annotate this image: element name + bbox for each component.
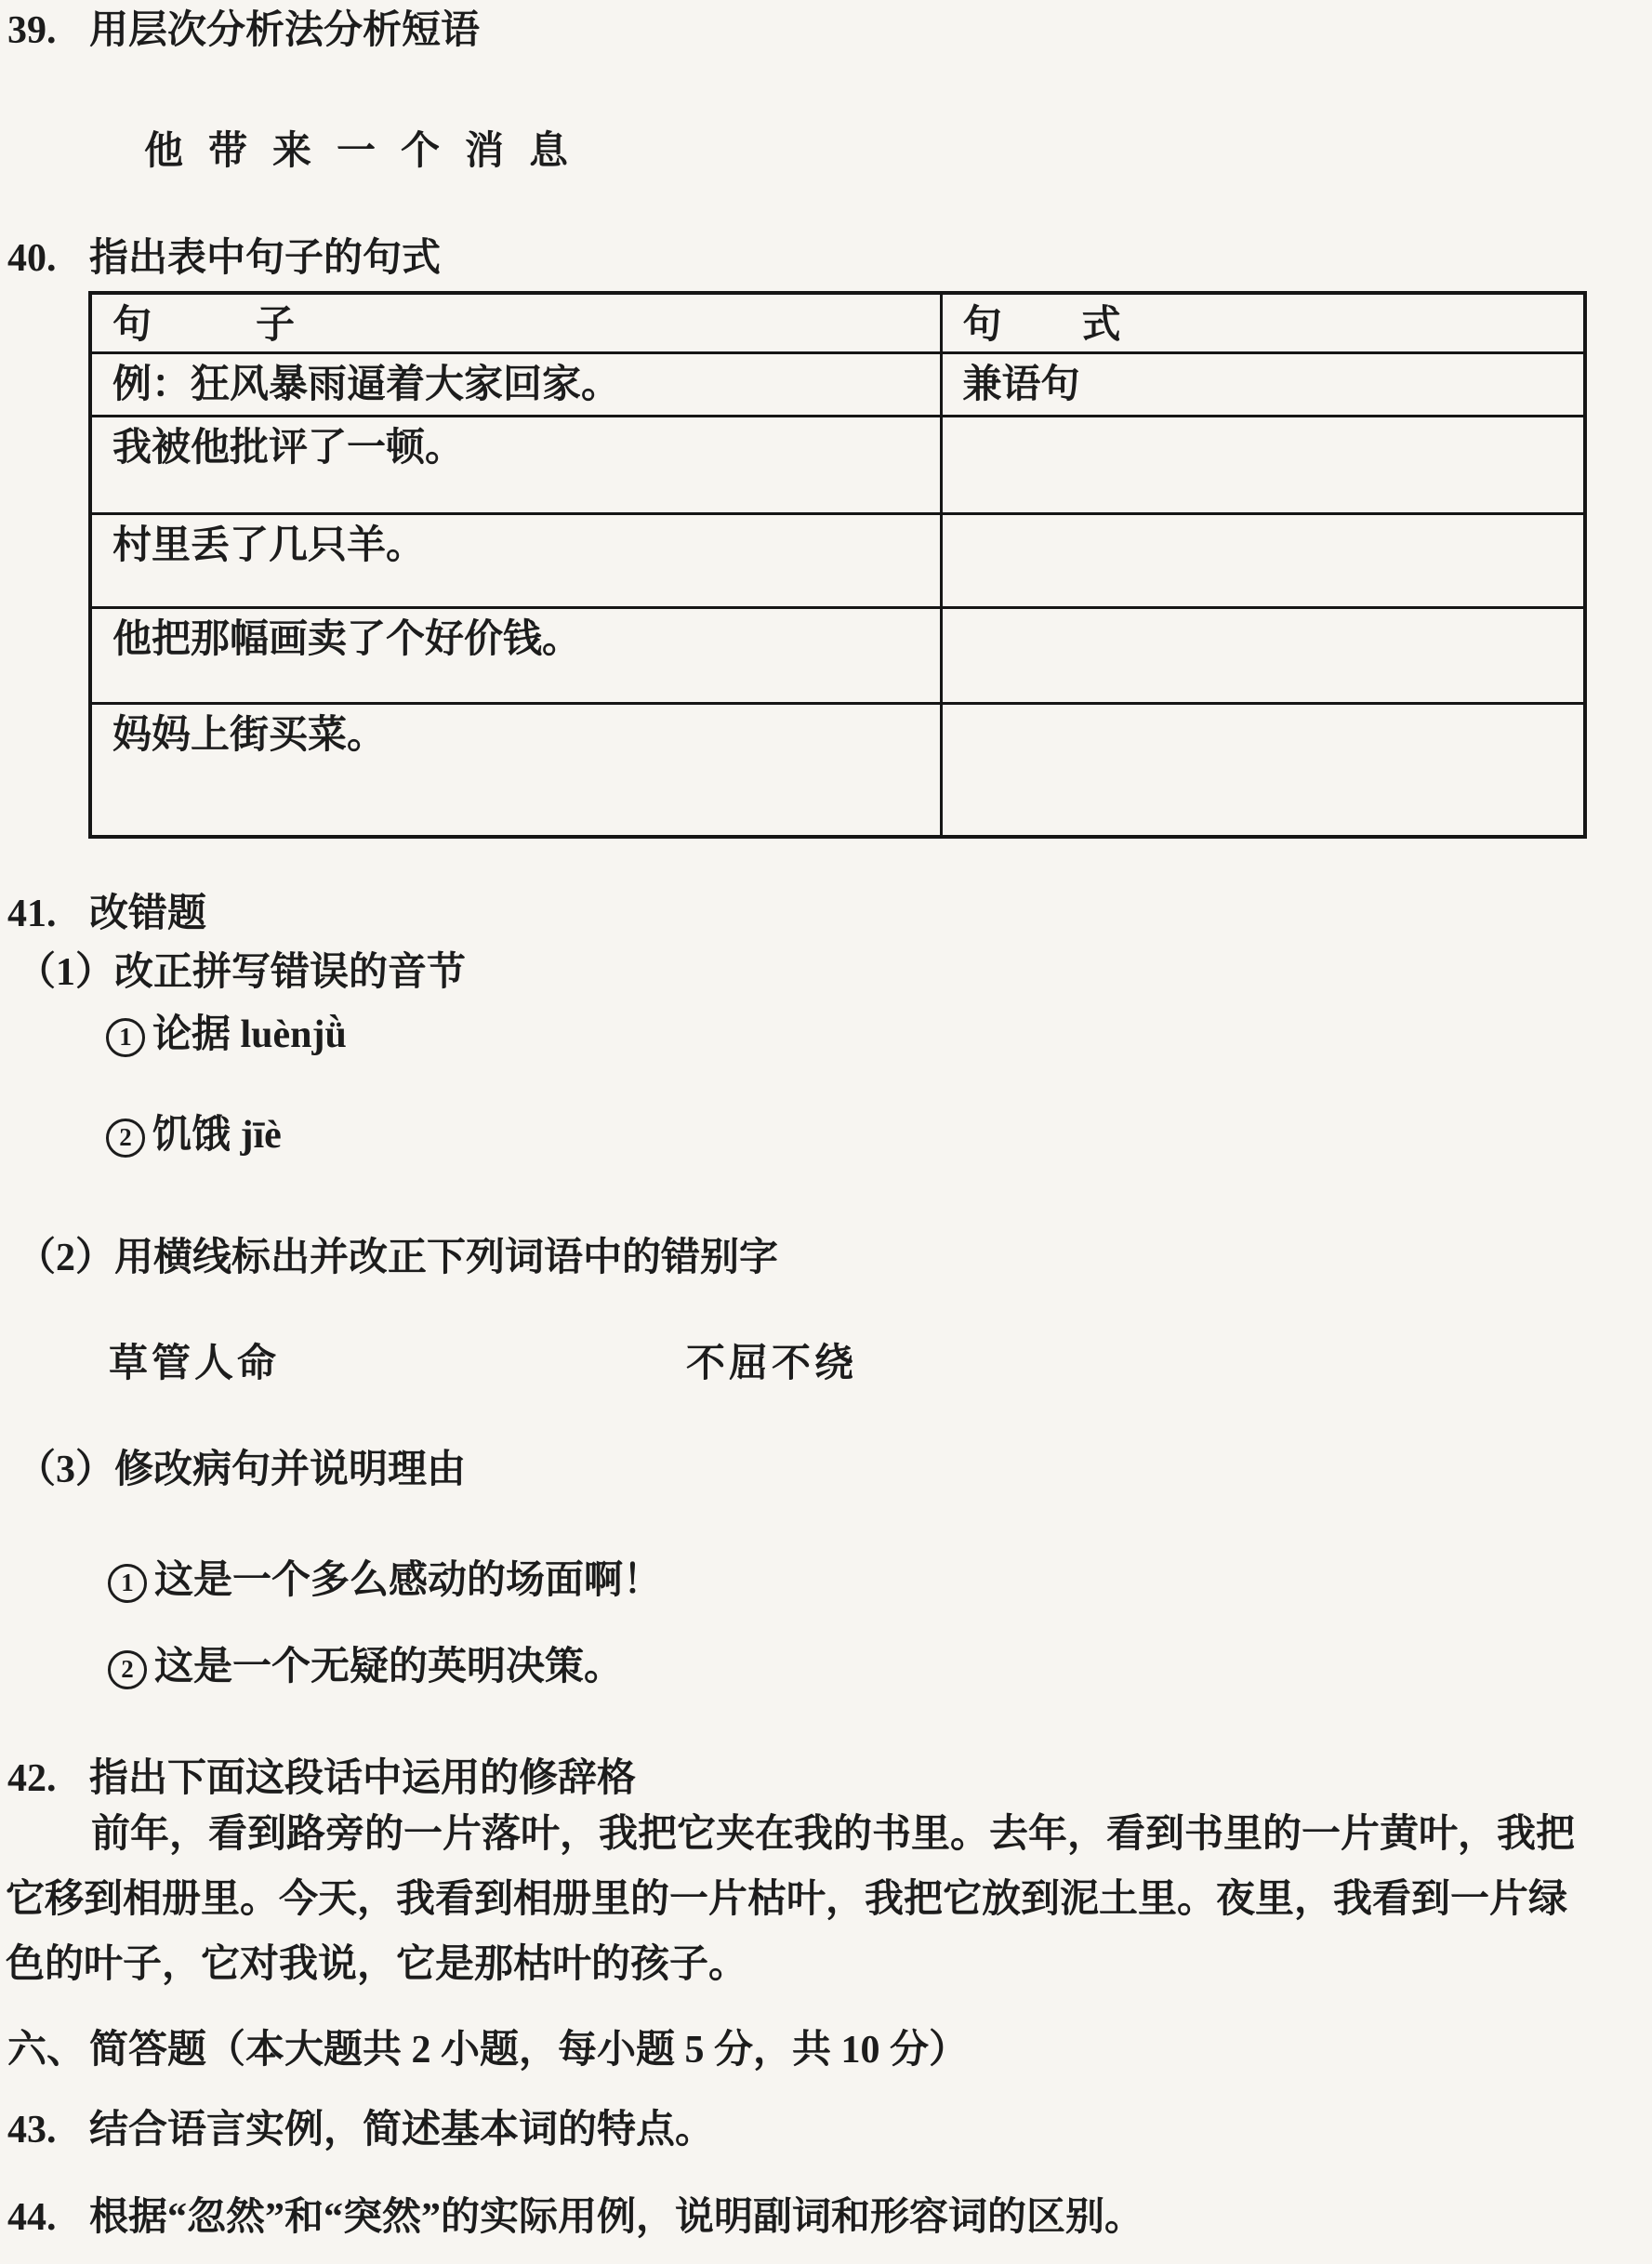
question-text: 根据“忽然”和“突然”的实际用例，说明副词和形容词的区别。 [89, 2196, 1143, 2240]
question-number: 43. [7, 2109, 89, 2152]
q42-paragraph-line-1: 前年，看到路旁的一片落叶，我把它夹在我的书里。去年，看到书里的一片黄叶，我把 [6, 1813, 1575, 1857]
question-number: 40. [7, 237, 89, 281]
document-page: 39. 用层次分析法分析短语 他带来一个消息 40. 指出表中句子的句式 句子 … [0, 0, 1652, 2264]
section-6-heading: 六、 简答题（本大题共 2 小题，每小题 5 分，共 10 分） [7, 2029, 968, 2072]
part-text: 用横线标出并改正下列词语中的错别字 [114, 1237, 778, 1280]
item-text: 饥饿 jīè [152, 1114, 282, 1158]
type-cell [941, 513, 1585, 607]
q41-part2-words: 草管人命 不屈不绕 [109, 1343, 1038, 1386]
question-42-line: 42. 指出下面这段话中运用的修辞格 [7, 1757, 636, 1801]
q41-part2-line: （2） 用横线标出并改正下列词语中的错别字 [17, 1237, 778, 1280]
q41-part1-line: （1） 改正拼写错误的音节 [17, 951, 466, 995]
word-item: 不屈不绕 [686, 1343, 857, 1386]
question-text: 结合语言实例，简述基本词的特点。 [89, 2109, 714, 2152]
table-row: 例：狂风暴雨逼着大家回家。 兼语句 [90, 352, 1585, 416]
question-44-line: 44. 根据“忽然”和“突然”的实际用例，说明副词和形容词的区别。 [7, 2196, 1143, 2240]
question-number: 44. [7, 2196, 89, 2240]
part-text: 修改病句并说明理由 [114, 1449, 466, 1492]
question-text: 用层次分析法分析短语 [89, 9, 480, 53]
q42-paragraph-line-3: 色的叶子，它对我说，它是那枯叶的孩子。 [6, 1943, 747, 1987]
sentence-cell: 例：狂风暴雨逼着大家回家。 [90, 352, 941, 416]
type-cell [941, 703, 1585, 837]
q41-part3-item-1: 1 这是一个多么感动的场面啊！ [108, 1559, 662, 1603]
column-header-type: 句式 [941, 293, 1585, 352]
question-number: 42. [7, 1757, 89, 1801]
type-cell [941, 416, 1585, 513]
question-43-line: 43. 结合语言实例，简述基本词的特点。 [7, 2109, 714, 2152]
question-40-line: 40. 指出表中句子的句式 [7, 237, 441, 281]
question-number: 39. [7, 9, 89, 53]
table-row: 妈妈上街买菜。 [90, 703, 1585, 837]
sentence-cell: 他把那幅画卖了个好价钱。 [90, 607, 941, 703]
item-text: 这是一个多么感动的场面啊！ [154, 1559, 662, 1603]
item-text: 这是一个无疑的英明决策。 [154, 1646, 623, 1689]
table-row: 村里丢了几只羊。 [90, 513, 1585, 607]
question-39-line: 39. 用层次分析法分析短语 [7, 9, 480, 53]
circled-number: 2 [106, 1119, 145, 1158]
section-text: 简答题（本大题共 2 小题，每小题 5 分，共 10 分） [89, 2029, 968, 2072]
q42-paragraph-line-2: 它移到相册里。今天，我看到相册里的一片枯叶，我把它放到泥土里。夜里，我看到一片绿 [6, 1878, 1567, 1922]
sentence-cell: 村里丢了几只羊。 [90, 513, 941, 607]
question-text: 指出下面这段话中运用的修辞格 [89, 1757, 636, 1801]
sentence-type-table: 句子 句式 例：狂风暴雨逼着大家回家。 兼语句 我被他批评了一顿。 村里丢了几只… [88, 291, 1587, 839]
type-cell [941, 607, 1585, 703]
table-row: 他把那幅画卖了个好价钱。 [90, 607, 1585, 703]
part-label: （3） [17, 1449, 114, 1492]
column-header-sentence: 句子 [90, 293, 941, 352]
part-label: （1） [17, 951, 114, 995]
item-text: 论据 luènjǜ [152, 1013, 347, 1057]
circled-number: 2 [108, 1650, 147, 1689]
q41-part3-item-2: 2 这是一个无疑的英明决策。 [108, 1646, 623, 1689]
word-item: 草管人命 [109, 1343, 280, 1385]
q41-part3-line: （3） 修改病句并说明理由 [17, 1449, 466, 1492]
table-header-row: 句子 句式 [90, 293, 1585, 352]
question-title: 改错题 [89, 893, 206, 936]
section-number: 六、 [7, 2029, 89, 2072]
question-text: 指出表中句子的句式 [89, 237, 441, 281]
type-cell: 兼语句 [941, 352, 1585, 416]
part-text: 改正拼写错误的音节 [114, 951, 466, 995]
table-row: 我被他批评了一顿。 [90, 416, 1585, 513]
circled-number: 1 [106, 1018, 145, 1057]
sentence-cell: 妈妈上街买菜。 [90, 703, 941, 837]
part-label: （2） [17, 1237, 114, 1280]
question-41-line: 41. 改错题 [7, 893, 206, 936]
q39-phrase: 他带来一个消息 [144, 130, 593, 174]
sentence-cell: 我被他批评了一顿。 [90, 416, 941, 513]
question-number: 41. [7, 893, 89, 936]
q41-part1-item-2: 2 饥饿 jīè [106, 1114, 282, 1158]
circled-number: 1 [108, 1564, 147, 1603]
q41-part1-item-1: 1 论据 luènjǜ [106, 1013, 347, 1057]
